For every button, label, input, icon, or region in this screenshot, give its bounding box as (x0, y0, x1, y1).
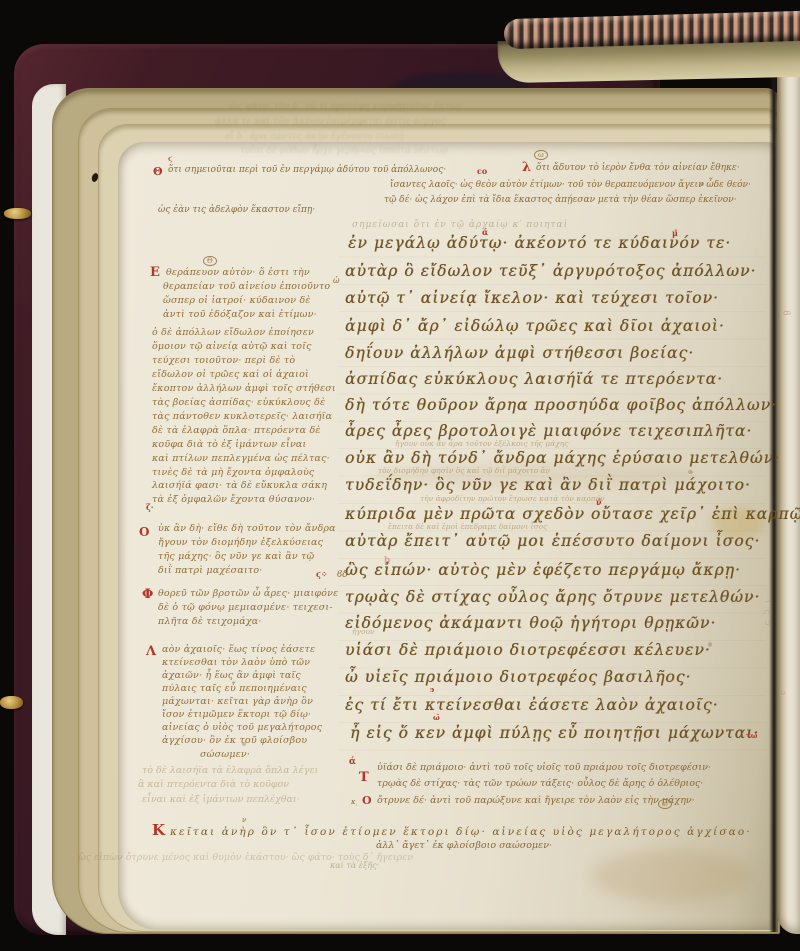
interlinear-gloss: ἔπειτα δὲ καὶ ἐμοὶ ἐπέδραμε δαίμονι ἶσος (388, 523, 547, 532)
margin-siglum: κ⸒ (351, 798, 358, 806)
rubric-mark: μ̄ (672, 229, 678, 238)
top-margin-note: ἴσαντες λαοῖς· ὡς θεὸν αὐτὸν ἐτίμων· τοῦ… (390, 180, 751, 190)
main-text-line: υἱάσι δὲ πριάμοιο διοτρεφέεσσι κέλευεν· (345, 642, 711, 660)
scholia-line: ἀχαιῶν· ἦ ἕως ἂν ἀμφὶ ταῖς (162, 671, 301, 682)
scholia-line: πύλαις ταῖς εὖ πεποιημέναις (162, 684, 307, 695)
interlinear-gloss: τὸν διομήδην φησὶν ὃς καὶ τῷ διῒ μάχοιτο… (378, 467, 550, 476)
scholia-line: ἤγουν τὸν διομήδην ἐξελκύσειας (158, 538, 323, 549)
rubric-mark: Τ (359, 771, 369, 786)
scholia-line: θορεῦ τῶν βροτῶν ὦ ἆρες· μιαιφόνε (158, 589, 338, 600)
main-text-line: ἦ εἰς ὅ κεν ἀμφὶ πύλῃς εὖ ποιητῇσι μάχων… (350, 725, 759, 743)
rubric-mark: ϛ (168, 155, 172, 163)
main-text-line: δὴ τότε θοῦρον ἄρηα προσηύδα φοῖβος ἀπόλ… (345, 397, 777, 415)
scholia-line: δὲ τὰ ἐλαφρὰ ὅπλα· πτερόεντα δὲ (152, 426, 321, 437)
rubric-mark: ϶ (430, 686, 434, 694)
bottom-note: τὸ δὲ λαισήϊα τὰ ἐλαφρὰ ὅπλα λέγει (142, 766, 318, 777)
main-text-line: ἐς τί ἔτι κτείνεσθαι ἐάσετε λαὸν ἀχαιοῖς… (345, 697, 719, 715)
scholia-line: ὥσπερ οἱ ἰατροί· κύδαινον δὲ (163, 296, 311, 307)
scholia-line: τεύχεσι τοιοῦτον· περὶ δὲ τὸ (152, 356, 295, 367)
scholia-line: σώσωμεν· (200, 750, 250, 761)
main-text-line: αὐτῷ τ᾽ αἰνείᾳ ἴκελον· καὶ τεύχεσι τοῖον… (345, 290, 719, 308)
bleedthrough-line: ἀλλά τε καὶ τῶν ἄλλων ἐπιμέμφεται ὅστις … (215, 117, 446, 127)
scholia-line: δὲ ὁ τῷ φόνῳ μεμιασμένε· τειχεσι- (158, 603, 333, 614)
rubric-mark: Λ (146, 645, 156, 660)
rubric-mark: Ε (150, 266, 160, 281)
scholia-line: τὰ ἐξ ὀμφαλῶν ἔχοντα θύσανον· (152, 495, 315, 506)
scholia-line: τινὲς δὲ τὰ μὴ ἔχοντα ὀμφαλοὺς (152, 468, 314, 479)
top-margin-note: σημείωσαι ὅτι ἐν τῷ ἀρχαίῳ κ′ ποιηταὶ (352, 220, 568, 230)
scholia-line: τὰς πάντοθεν κυκλοτερεῖς· λαισήϊα (152, 412, 332, 423)
rubric-mark: τω (746, 732, 757, 740)
margin-siglum: ϐδ (337, 570, 348, 580)
scholia-line: κοῦφα διὰ τὸ ἐξ ἱμάντων εἶναι (152, 440, 306, 451)
reference-mark: ω (534, 150, 548, 160)
margin-siglum: ϐ (780, 309, 791, 317)
scholia-line: ἀγχίσου· ὃν ἐκ τοῦ φλοίσβου (162, 736, 307, 747)
top-margin-note: ὅτι ἄδυτον τὸ ἱερὸν ἔνθα τὸν αἰνείαν ἔθη… (536, 163, 740, 173)
manuscript-photo: ι ς ͻ ἐν μεγάλῳ ἀδύτῳ· ἀκέοντό τε κύδαιν… (0, 0, 800, 951)
main-text-line: αὐτὰρ ἔπειτ᾽ αὐτῷ μοι ἐπέσσυτο δαίμονι ἶ… (345, 533, 760, 551)
main-text-line: τρῳὰς δὲ στίχας οὖλος ἄρης ὄτρυνε μετελθ… (345, 589, 760, 607)
interlinear-gloss: ἤγουν οὐκ ἂν ἆρα τοῦτον ἐξέλκοις τῆς μάχ… (395, 440, 568, 449)
reference-mark: Θ (203, 256, 217, 266)
reference-mark: ω (658, 799, 672, 809)
scholia-line: αὸν ἀχαιοῖς· ἕως τίνος ἐάσετε (162, 645, 315, 656)
bottom-note: εἶναι καὶ ἐξ ἱμάντων πεπλέχθαι· (142, 795, 300, 806)
rubric-mark: ω̆ (433, 714, 440, 722)
bleedthrough-line: τοῖσι δὲ μύθων ἦρχε γερήνιος ἱππότα νέστ… (240, 146, 448, 156)
scholia-line: αἰνείας ὁ υἱὸς τοῦ μεγαλήτορος (162, 723, 322, 734)
scholia-line: εἴδωλον οἱ τρῶες καὶ οἱ ἀχαιοὶ (152, 370, 309, 381)
handwriting-layer: ἐν μεγάλῳ ἀδύτῳ· ἀκέοντό τε κύδαινόν τε·… (0, 0, 800, 951)
rubric-mark: ν̄ (596, 498, 602, 507)
rubric-mark: Ο (362, 795, 372, 808)
rubric-mark: ά (482, 228, 488, 237)
margin-siglum: ὡ (333, 276, 340, 285)
bottom-note: ἃ καὶ πτερόεντα διὰ τὸ κοῦφον (138, 780, 289, 791)
scholia-line: διῒ πατρὶ μαχέσαιτο· (158, 566, 263, 577)
scholia-line: ὁ δὲ ἀπόλλων εἴδωλον ἐποίησεν (152, 328, 314, 339)
rubric-mark: Κ (152, 822, 165, 839)
bottom-note: κεῖται ἀνὴρ ὃν τ᾽ ἶσον ἐτίομεν ἕκτορι δί… (170, 826, 752, 838)
bottom-note: ἀλλ᾽ ἄγετ᾽ ἐκ φλοίσβοιο σαώσομεν· (376, 841, 552, 852)
margin-siglum: ν (242, 816, 246, 824)
main-text-line: ὦ υἱεῖς πριάμοιο διοτρεφέος βασιλῆος· (345, 669, 692, 687)
scholia-line: λαισήϊά φασι· τὰ δὲ εὔκυκλα σάκη (152, 481, 327, 492)
margin-siglum: ͻ (778, 690, 788, 696)
bottom-note: καὶ τὰ ἑξῆς· (330, 861, 379, 870)
scholia-line: θεράπευον αὐτὸν· ὅ ἐστι τὴν (166, 268, 310, 279)
scholia-line: κτείνεσθαι τὸν λαὸν ὑπὸ τῶν (162, 658, 310, 669)
interlinear-gloss: ἤγουν (352, 628, 375, 637)
main-text-line: τυδεΐδην· ὃς νῦν γε καὶ ἂν διῒ πατρὶ μάχ… (345, 477, 751, 495)
rubric-mark: Ο (139, 526, 149, 540)
scholia-line: ἔκοπτον ἀλλήλων ἀμφὶ τοῖς στήθεσι (152, 384, 336, 395)
rubric-mark: ά (349, 757, 356, 767)
main-text-line: δηΐουν ἀλλήλων ἀμφὶ στήθεσσι βοείας· (345, 345, 694, 363)
scholia-line: ἴσον ἐτιμῶμεν ἕκτορι τῷ δίῳ· (162, 710, 311, 721)
scholia-line: ὐκ ἂν δὴ· εἴθε δὴ τοῦτον τὸν ἄνδρα (158, 524, 336, 535)
rubric-mark: ϛ⁘ (316, 570, 328, 579)
scholia-line: πλῆτα δὲ τειχομάχα· (158, 617, 262, 628)
scholia-line: τὰς βοείας ἀσπίδας· εὐκύκλους δὲ (152, 398, 325, 409)
top-margin-note: ὡς ἐὰν τις ἀδελφὸν ἕκαστον εἴπῃ· (158, 205, 315, 215)
rubric-mark: Θ (153, 166, 163, 179)
rubric-mark: ϲο (477, 167, 487, 176)
top-margin-note: τῷ δέ· ὡς λάχον ἐπὶ τὰ ἴδια ἕκαστος ἀπῄε… (384, 195, 737, 205)
rubric-mark: λ (522, 161, 531, 176)
scholia-line: τῆς μάχης· ὃς νῦν γε καὶ ἂν τῷ (158, 552, 315, 563)
main-text-line: εἰδόμενος ἀκάμαντι θοῷ ἡγήτορι θρῃκῶν· (345, 615, 716, 633)
main-text-line: ὣς εἰπών· αὐτὸς μὲν ἐφέζετο περγάμῳ ἄκρῃ… (345, 562, 741, 580)
scholia-line: καὶ πτίλων πεπλεγμένα ὡς πέλτας· (152, 454, 330, 465)
rubric-mark: ϸ (384, 556, 390, 566)
scholia-line: θεραπείαν τοῦ αἰνείου ἐποιοῦντο (163, 282, 330, 293)
bleedthrough-line: ὣς φάτο· τὸν δ᾽ οὔ τι προσέφη κορυθαίολο… (230, 102, 462, 112)
main-text-line: αὐτὰρ ὃ εἴδωλον τεῦξ᾽ ἀργυρότοξος ἀπόλλω… (345, 263, 756, 281)
bottom-note: τρῳὰς δὲ στίχας· τὰς τῶν τρώων τάξεις· ο… (377, 779, 703, 790)
top-margin-note: ὅτι σημειοῦται περὶ τοῦ ἐν περγάμῳ ἀδύτο… (168, 165, 446, 175)
rubric-mark: ζ· (146, 503, 154, 512)
interlinear-gloss: τὴν ἀφροδίτην πρῶτον ἔτρωσε κατὰ τὸν καρ… (420, 495, 605, 504)
main-text-line: ἀμφὶ δ᾽ ἄρ᾽ εἰδώλῳ τρῶες καὶ δῖοι ἀχαιοὶ… (345, 318, 725, 336)
main-text-line: ἀσπίδας εὐκύκλους λαισήϊά τε πτερόεντα· (345, 371, 723, 389)
rubric-mark: Φ (142, 588, 153, 603)
scholia-line: ὅμοιον τῷ αἰνείᾳ αὐτῷ καὶ τοῖς (152, 342, 312, 353)
scholia-line: μάχωνται· κεῖται γὰρ ἀνὴρ ὃν (162, 697, 313, 708)
bleedthrough-line: οἳ δ᾽ ἄρα πάντες ἀκὴν ἐγένοντο σιωπῇ (225, 132, 404, 142)
bottom-note: ὑϊάσι δὲ πριάμοιο· ἀντὶ τοῦ τοῖς υἱοῖς τ… (377, 763, 711, 774)
bottom-note: ὄτρυνε δέ· ἀντὶ τοῦ παρώξυνε καὶ ἤγειρε … (377, 796, 695, 807)
scholia-line: ἀντὶ τοῦ ἐδόξαζον καὶ ἐτίμων· (163, 310, 317, 321)
